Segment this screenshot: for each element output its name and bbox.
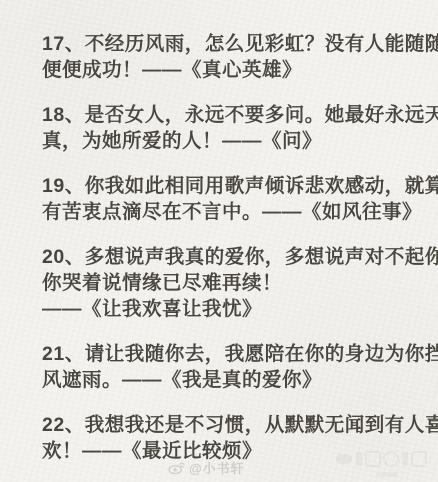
quote-21-line-2: 风遮雨。——《我是真的爱你》: [42, 367, 430, 393]
watermark-right-logo: [336, 450, 432, 478]
quote-item-19: 19、你我如此相同用歌声倾诉悲欢感动，就算 有苦衷点滴尽在不言中。——《如风往事…: [42, 173, 430, 225]
quote-19-line-2: 有苦衷点滴尽在不言中。——《如风往事》: [42, 199, 430, 225]
watermark-handle: @小书轩: [189, 458, 245, 477]
quote-item-18: 18、是否女人，永远不要多问。她最好永远天 真，为她所爱的人！——《问》: [42, 102, 430, 154]
quote-20-line-3: ——《让我欢喜让我忧》: [42, 296, 430, 322]
quote-19-line-1: 19、你我如此相同用歌声倾诉悲欢感动，就算: [42, 173, 430, 199]
quote-item-17: 17、不经历风雨，怎么见彩虹？没有人能随随 便便成功！——《真心英雄》: [42, 31, 430, 83]
watermark-weibo: @小书轩: [168, 458, 245, 477]
quote-18-line-1: 18、是否女人，永远不要多问。她最好永远天: [42, 102, 430, 128]
quotes-page: 17、不经历风雨，怎么见彩虹？没有人能随随 便便成功！——《真心英雄》 18、是…: [0, 0, 438, 482]
weibo-logo-icon: [168, 461, 185, 475]
quote-22-line-1: 22、我想我还是不习惯，从默默无闻到有人喜: [42, 412, 430, 438]
quotes-list: 17、不经历风雨，怎么见彩虹？没有人能随随 便便成功！——《真心英雄》 18、是…: [42, 31, 430, 482]
quote-17-line-2: 便便成功！——《真心英雄》: [42, 57, 430, 83]
quote-20-line-2: 你哭着说情缘已尽难再续！: [42, 270, 430, 296]
quote-item-21: 21、请让我随你去，我愿陪在你的身边为你挡 风遮雨。——《我是真的爱你》: [42, 341, 430, 393]
quote-20-line-1: 20、多想说声我真的爱你，多想说声对不起你。: [42, 244, 430, 270]
quote-17-line-1: 17、不经历风雨，怎么见彩虹？没有人能随随: [42, 31, 430, 57]
quote-item-20: 20、多想说声我真的爱你，多想说声对不起你。 你哭着说情缘已尽难再续！ ——《让…: [42, 244, 430, 322]
quote-18-line-2: 真，为她所爱的人！——《问》: [42, 128, 430, 154]
quote-21-line-1: 21、请让我随你去，我愿陪在你的身边为你挡: [42, 341, 430, 367]
